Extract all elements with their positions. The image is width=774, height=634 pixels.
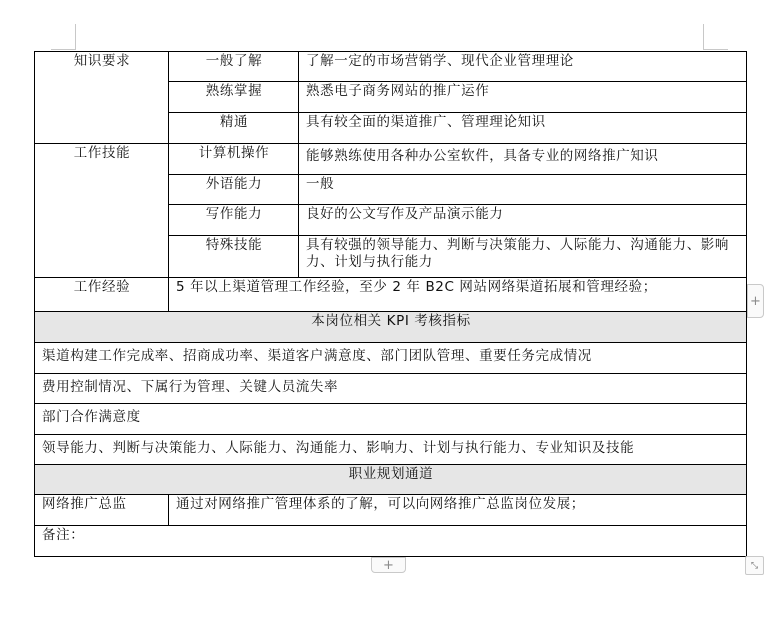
resize-diagonal-icon: ⤡ [751, 561, 758, 571]
table-row: 领导能力、判断与决策能力、人际能力、沟通能力、影响力、计划与执行能力、专业知识及… [35, 435, 747, 465]
experience-desc-cell[interactable]: 5 年以上渠道管理工作经验，至少 2 年 B2C 网站网络渠道拓展和管理经验； [169, 278, 747, 312]
notes-cell[interactable]: 备注： [35, 526, 747, 557]
table-row: 渠道构建工作完成率、招商成功率、渠道客户满意度、部门团队管理、重要任务完成情况 [35, 343, 747, 374]
career-desc-text: 通过对网络推广管理体系的了解，可以向网络推广总监岗位发展； [176, 496, 585, 512]
plus-icon: + [750, 294, 761, 309]
table-row: 网络推广总监 通过对网络推广管理体系的了解，可以向网络推广总监岗位发展； [35, 495, 747, 526]
skill-level-label: 特殊技能 [206, 237, 262, 253]
career-position-cell[interactable]: 网络推广总监 [35, 495, 169, 526]
kpi-item-cell[interactable]: 部门合作满意度 [35, 404, 747, 435]
knowledge-level-cell[interactable]: 熟练掌握 [169, 82, 299, 113]
skill-level-cell[interactable]: 外语能力 [169, 175, 299, 205]
kpi-item-text: 部门合作满意度 [42, 409, 141, 425]
skills-category-label: 工作技能 [74, 145, 130, 161]
page-corner-mark-top-left [51, 24, 76, 50]
notes-label: 备注： [42, 527, 84, 543]
knowledge-desc-cell[interactable]: 了解一定的市场营销学、现代企业管理理论 [299, 52, 747, 82]
page-corner-mark-top-right [703, 24, 728, 50]
skill-level-cell[interactable]: 写作能力 [169, 205, 299, 236]
kpi-item-text: 费用控制情况、下属行为管理、关键人员流失率 [42, 379, 338, 395]
knowledge-desc-text: 具有较全面的渠道推广、管理理论知识 [306, 114, 546, 130]
kpi-item-cell[interactable]: 渠道构建工作完成率、招商成功率、渠道客户满意度、部门团队管理、重要任务完成情况 [35, 343, 747, 374]
skill-desc-text: 能够熟练使用各种办公室软件，具备专业的网络推广知识 [306, 148, 659, 164]
table-row: 费用控制情况、下属行为管理、关键人员流失率 [35, 374, 747, 404]
skill-desc-cell[interactable]: 良好的公文写作及产品演示能力 [299, 205, 747, 236]
knowledge-level-label: 精通 [220, 114, 248, 130]
experience-label-cell[interactable]: 工作经验 [35, 278, 169, 312]
career-header-cell[interactable]: 职业规划通道 [35, 465, 747, 495]
knowledge-desc-text: 熟悉电子商务网站的推广运作 [306, 83, 489, 99]
skill-level-label: 外语能力 [206, 176, 262, 192]
skill-level-label: 写作能力 [206, 206, 262, 222]
knowledge-desc-cell[interactable]: 具有较全面的渠道推广、管理理论知识 [299, 113, 747, 144]
add-row-button[interactable]: + [371, 557, 406, 573]
knowledge-level-label: 一般了解 [206, 53, 262, 69]
career-header-label: 职业规划通道 [349, 466, 434, 482]
table-row: 工作经验 5 年以上渠道管理工作经验，至少 2 年 B2C 网站网络渠道拓展和管… [35, 278, 747, 312]
table-row: 知识要求 一般了解 了解一定的市场营销学、现代企业管理理论 [35, 52, 747, 82]
kpi-header-label: 本岗位相关 KPI 考核指标 [311, 313, 470, 329]
kpi-item-cell[interactable]: 领导能力、判断与决策能力、人际能力、沟通能力、影响力、计划与执行能力、专业知识及… [35, 435, 747, 465]
kpi-header-cell[interactable]: 本岗位相关 KPI 考核指标 [35, 312, 747, 343]
knowledge-desc-cell[interactable]: 熟悉电子商务网站的推广运作 [299, 82, 747, 113]
knowledge-desc-text: 了解一定的市场营销学、现代企业管理理论 [306, 53, 574, 69]
skill-level-cell[interactable]: 特殊技能 [169, 236, 299, 278]
kpi-item-text: 渠道构建工作完成率、招商成功率、渠道客户满意度、部门团队管理、重要任务完成情况 [42, 348, 592, 364]
knowledge-level-label: 熟练掌握 [206, 83, 262, 99]
table-row: 部门合作满意度 [35, 404, 747, 435]
skills-category-cell[interactable]: 工作技能 [35, 144, 169, 278]
career-position-label: 网络推广总监 [42, 496, 127, 512]
skill-level-label: 计算机操作 [199, 145, 270, 161]
knowledge-category-cell[interactable]: 知识要求 [35, 52, 169, 144]
skill-desc-cell[interactable]: 能够熟练使用各种办公室软件，具备专业的网络推广知识 [299, 144, 747, 175]
add-column-button[interactable]: + [747, 284, 764, 318]
experience-desc-text: 5 年以上渠道管理工作经验，至少 2 年 B2C 网站网络渠道拓展和管理经验； [176, 279, 657, 295]
knowledge-level-cell[interactable]: 一般了解 [169, 52, 299, 82]
table-row: 工作技能 计算机操作 能够熟练使用各种办公室软件，具备专业的网络推广知识 [35, 144, 747, 175]
document-page: 知识要求 一般了解 了解一定的市场营销学、现代企业管理理论 熟练掌握 熟悉电子商… [0, 0, 774, 634]
skill-level-cell[interactable]: 计算机操作 [169, 144, 299, 175]
plus-icon: + [383, 558, 394, 573]
skill-desc-text: 一般 [306, 176, 334, 192]
experience-label: 工作经验 [74, 279, 130, 295]
skill-desc-text: 良好的公文写作及产品演示能力 [306, 206, 503, 222]
kpi-item-cell[interactable]: 费用控制情况、下属行为管理、关键人员流失率 [35, 374, 747, 404]
table-row: 本岗位相关 KPI 考核指标 [35, 312, 747, 343]
skill-desc-text: 具有较强的领导能力、判断与决策能力、人际能力、沟通能力、影响力、计划与执行能力 [306, 237, 729, 270]
career-desc-cell[interactable]: 通过对网络推广管理体系的了解，可以向网络推广总监岗位发展； [169, 495, 747, 526]
kpi-item-text: 领导能力、判断与决策能力、人际能力、沟通能力、影响力、计划与执行能力、专业知识及… [42, 440, 634, 456]
job-description-table[interactable]: 知识要求 一般了解 了解一定的市场营销学、现代企业管理理论 熟练掌握 熟悉电子商… [34, 51, 747, 557]
skill-desc-cell[interactable]: 一般 [299, 175, 747, 205]
table-row: 备注： [35, 526, 747, 557]
table-row: 职业规划通道 [35, 465, 747, 495]
skill-desc-cell[interactable]: 具有较强的领导能力、判断与决策能力、人际能力、沟通能力、影响力、计划与执行能力 [299, 236, 747, 278]
table-resize-handle[interactable]: ⤡ [745, 556, 764, 575]
knowledge-category-label: 知识要求 [74, 53, 130, 69]
knowledge-level-cell[interactable]: 精通 [169, 113, 299, 144]
